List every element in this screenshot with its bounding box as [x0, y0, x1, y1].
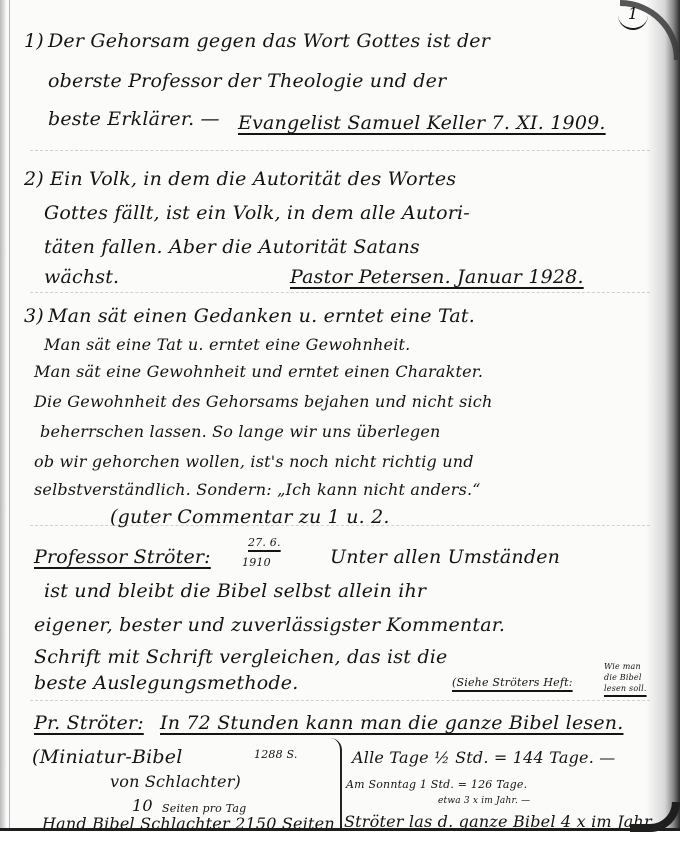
entry-date-top: 27. 6.: [248, 536, 281, 549]
entry-heading: Pr. Ströter:: [34, 712, 144, 734]
left-block-num: 10: [132, 796, 153, 815]
entry-line: Unter allen Umständen: [330, 546, 560, 568]
entry-line: beste Erklärer. —: [48, 108, 220, 130]
entry-line: Schrift mit Schrift vergleichen, das ist…: [34, 646, 447, 668]
entry-reference-side: Wie man: [604, 662, 641, 671]
entry-main-line: In 72 Stunden kann man die ganze Bibel l…: [160, 712, 623, 734]
entry-date-bottom: 1910: [242, 556, 271, 569]
entry-line: eigener, bester und zuverlässigster Komm…: [34, 614, 505, 636]
entry-line: beherrschen lassen. So lange wir uns übe…: [40, 422, 441, 441]
entry-line: Man sät eine Tat u. erntet eine Gewohnhe…: [44, 335, 410, 354]
left-block-line: (Miniatur-Bibel: [32, 746, 182, 768]
entry-note: (guter Commentar zu 1 u. 2.: [110, 506, 390, 528]
ruled-line: [30, 700, 650, 701]
entry-line: wächst.: [44, 266, 119, 288]
entry-line: Der Gehorsam gegen das Wort Gottes ist d…: [48, 30, 490, 52]
entry-attribution: Pastor Petersen. Januar 1928.: [290, 266, 584, 288]
page-bottom-edge: [0, 828, 680, 850]
entry-line: ob wir gehorchen wollen, ist's noch nich…: [34, 452, 474, 471]
ruled-line: [30, 292, 650, 293]
binding-shadow: [0, 0, 6, 850]
right-block-line: Alle Tage ½ Std. = 144 Tage. —: [352, 748, 615, 767]
left-block-pages: 1288 S.: [254, 748, 298, 761]
entry-heading: Professor Ströter:: [34, 546, 211, 568]
entry-line: täten fallen. Aber die Autorität Satans: [44, 236, 420, 258]
entry-reference-side: lesen soll.: [604, 684, 647, 693]
entry-attribution: Evangelist Samuel Keller 7. XI. 1909.: [238, 112, 606, 134]
entry-reference: (Siehe Ströters Heft:: [452, 676, 573, 689]
entry-line: oberste Professor der Theologie und der: [48, 70, 446, 92]
entry-number: 3): [24, 305, 44, 327]
entry-line: Man sät eine Gewohnheit und erntet einen…: [34, 362, 483, 381]
right-block-line: Am Sonntag 1 Std. = 126 Tage.: [346, 778, 527, 791]
binding-line: [9, 0, 10, 850]
entry-reference-side: die Bibel: [604, 673, 642, 682]
entry-line: Die Gewohnheit des Gehorsams bejahen und…: [34, 392, 492, 411]
manuscript-page: 1 1) Der Gehorsam gegen das Wort Gottes …: [0, 0, 680, 850]
entry-line: Gottes fällt, ist ein Volk, in dem alle …: [44, 202, 470, 224]
entry-number: 2): [24, 168, 44, 190]
entry-line: Man sät einen Gedanken u. erntet eine Ta…: [48, 305, 475, 327]
entry-line: ist und bleibt die Bibel selbst allein i…: [44, 580, 426, 602]
entry-number: 1): [24, 30, 44, 52]
ruled-line: [30, 150, 650, 151]
entry-line: selbstverständlich. Sondern: „Ich kann n…: [34, 480, 481, 499]
page-right-edge: [646, 0, 680, 850]
left-block-line: von Schlachter): [110, 772, 241, 791]
entry-line: Ein Volk, in dem die Autorität des Worte…: [50, 168, 456, 190]
entry-line: beste Auslegungsmethode.: [34, 672, 298, 694]
right-block-line: etwa 3 x im Jahr. —: [438, 796, 530, 806]
